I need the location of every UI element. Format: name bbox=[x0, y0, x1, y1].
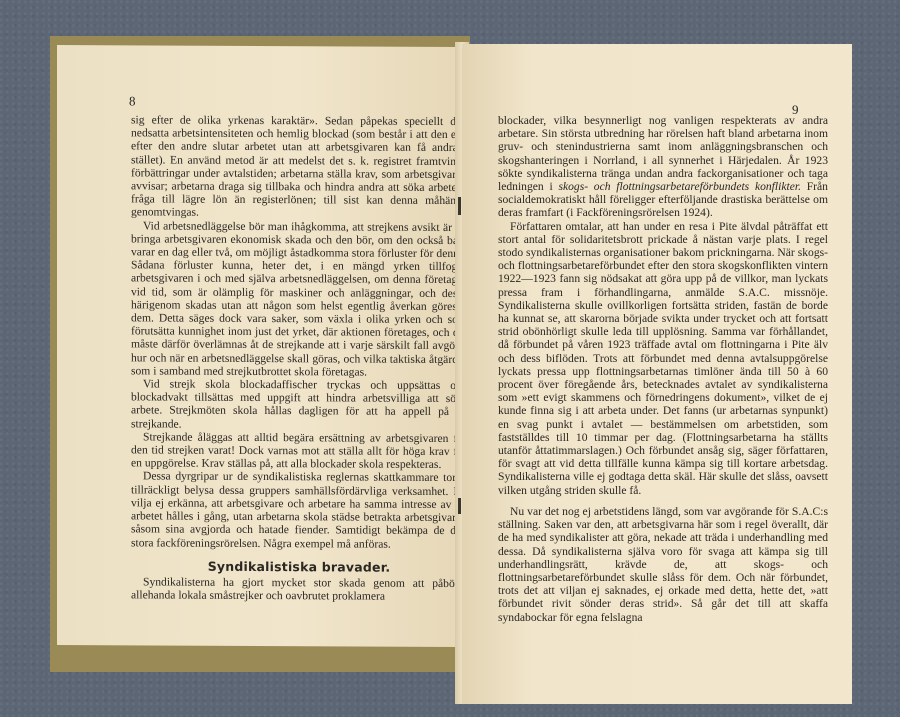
left-page: 8 sig efter de olika yrkenas karaktär». … bbox=[57, 45, 457, 647]
paragraph: Vid arbetsnedläggelse bör man ihågkomma,… bbox=[131, 219, 467, 379]
paragraph: blockader, vilka besynnerligt nog vanlig… bbox=[498, 114, 828, 220]
right-page-text: blockader, vilka besynnerligt nog vanlig… bbox=[498, 114, 828, 624]
italic-text-run: skogs- och flottningsarbetareförbundets … bbox=[558, 180, 801, 193]
paragraph: Strejkande åläggas att alltid begära ers… bbox=[131, 430, 467, 471]
paragraph: Vid strejk skola blockadaffischer trycka… bbox=[131, 377, 467, 432]
paragraph: sig efter de olika yrkenas karaktär». Se… bbox=[131, 113, 467, 220]
paragraph: Nu var det nog ej arbetstidens längd, so… bbox=[498, 505, 828, 624]
page-number-left: 8 bbox=[129, 93, 136, 109]
left-page-text: sig efter de olika yrkenas karaktär». Se… bbox=[131, 113, 467, 603]
paragraph: Dessa dyrgripar ur de syndikalistiska re… bbox=[131, 470, 467, 551]
section-heading: Syndikalistiska bravader. bbox=[131, 559, 467, 574]
right-page: 9 blockader, vilka besynnerligt nog vanl… bbox=[462, 44, 852, 704]
paragraph: Författaren omtalar, att han under en re… bbox=[498, 220, 828, 497]
staple-bottom bbox=[458, 498, 461, 514]
paragraph: Syndikalisterna ha gjort mycket stor ska… bbox=[131, 575, 467, 603]
staple-top bbox=[458, 197, 461, 215]
